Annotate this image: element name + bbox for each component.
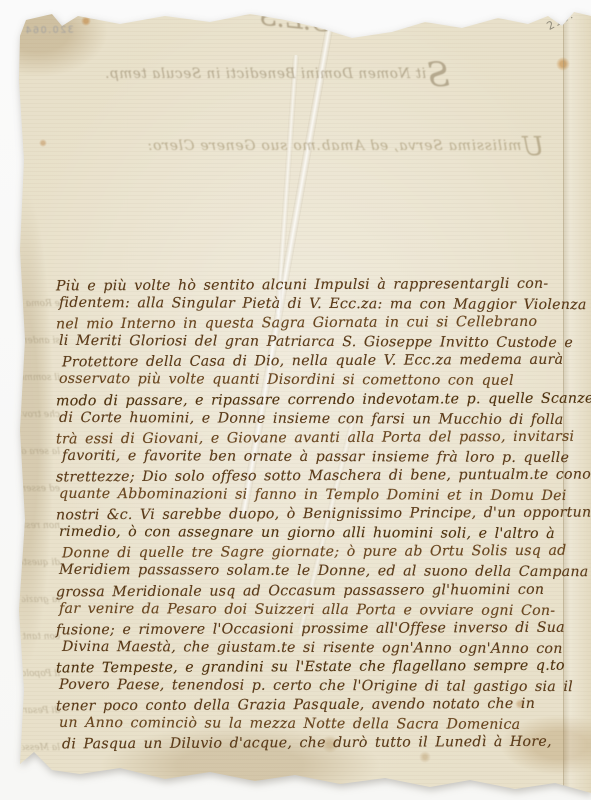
verso-fragment: il sommo bbox=[22, 360, 60, 397]
verso-fragment: ed essere bbox=[22, 471, 60, 508]
letter-line: trà essi di Giovani, e Giovane avanti al… bbox=[56, 427, 586, 449]
bleedthrough-initial-1: S bbox=[426, 55, 450, 95]
verso-fragment: che trova bbox=[22, 397, 60, 434]
letter-line: osservato più volte quanti Disordini si … bbox=[59, 370, 586, 391]
verso-fragment: la Messa bbox=[22, 730, 60, 767]
verso-fragment: e Roma bbox=[22, 286, 60, 323]
letter-line: Divina Maestà, che giustam.te si risente… bbox=[62, 638, 586, 659]
verso-fragment: il Popolo bbox=[22, 656, 60, 693]
letter-body: Più e più volte hò sentito alcuni Impuls… bbox=[56, 276, 586, 753]
letter-line: far venire da Pesaro doi Suizzeri alla P… bbox=[59, 599, 586, 620]
verso-fragment: di questo bbox=[22, 545, 60, 582]
manuscript-page: 320.064 210. S.L.S Sit Nomen Domini Bene… bbox=[0, 0, 591, 800]
verso-fragment: non resta bbox=[22, 508, 60, 545]
letter-line: Meridiem passassero solam.te le Donne, e… bbox=[59, 561, 586, 582]
bleedthrough-heading-2: Umilissima Serva, ed Amab.mo suo Genere … bbox=[60, 132, 544, 162]
verso-fragment: la grazia bbox=[22, 582, 60, 619]
verso-fragment: di Pesaro bbox=[22, 693, 60, 730]
bleedthrough-heading-2-text: milissima Serva, ed Amab.mo suo Genere C… bbox=[147, 138, 521, 154]
verso-fragment: la sera de bbox=[22, 434, 60, 471]
letter-line: favoriti, e favorite ben ornate à passar… bbox=[62, 447, 586, 468]
paper-shadow: 320.064 210. S.L.S Sit Nomen Domini Bene… bbox=[0, 0, 591, 800]
verso-fragment: si anderà bbox=[22, 323, 60, 360]
letter-line: modo di passare, e ripassare correndo in… bbox=[56, 389, 586, 411]
bleedthrough-heading-1-text: it Nomen Domini Benedicti in Secula temp… bbox=[105, 66, 426, 82]
page-number-pencil: 210. bbox=[545, 8, 576, 33]
letter-line: fusione; e rimovere l'Occasioni prossime… bbox=[56, 618, 586, 640]
letter-line: Povero Paese, tenendosi p. certo che l'O… bbox=[59, 676, 586, 697]
bleedthrough-heading-1: Sit Nomen Domini Benedicti in Secula tem… bbox=[58, 66, 450, 82]
archival-mark: 320.064 bbox=[24, 25, 74, 37]
verso-bleedthrough-column: e Roma si anderà il sommo che trova la s… bbox=[22, 286, 60, 774]
verso-fragment: con tanti bbox=[22, 619, 60, 656]
letter-line: grossa Meridionale usq ad Occasum passas… bbox=[56, 580, 586, 602]
letter-line: tante Tempeste, e grandini su l'Estate c… bbox=[56, 656, 586, 678]
bleedthrough-initial-2: U bbox=[521, 132, 544, 162]
letter-line: strettezze; Dio solo offeso sotto Masche… bbox=[56, 466, 586, 488]
bleedthrough-monogram: S.L.S bbox=[245, 0, 344, 40]
letter-line: di Corte huomini, e Donne insieme con fa… bbox=[59, 409, 586, 430]
letter-line: di Pasqua un Diluvio d'acque, che durò t… bbox=[62, 733, 586, 755]
